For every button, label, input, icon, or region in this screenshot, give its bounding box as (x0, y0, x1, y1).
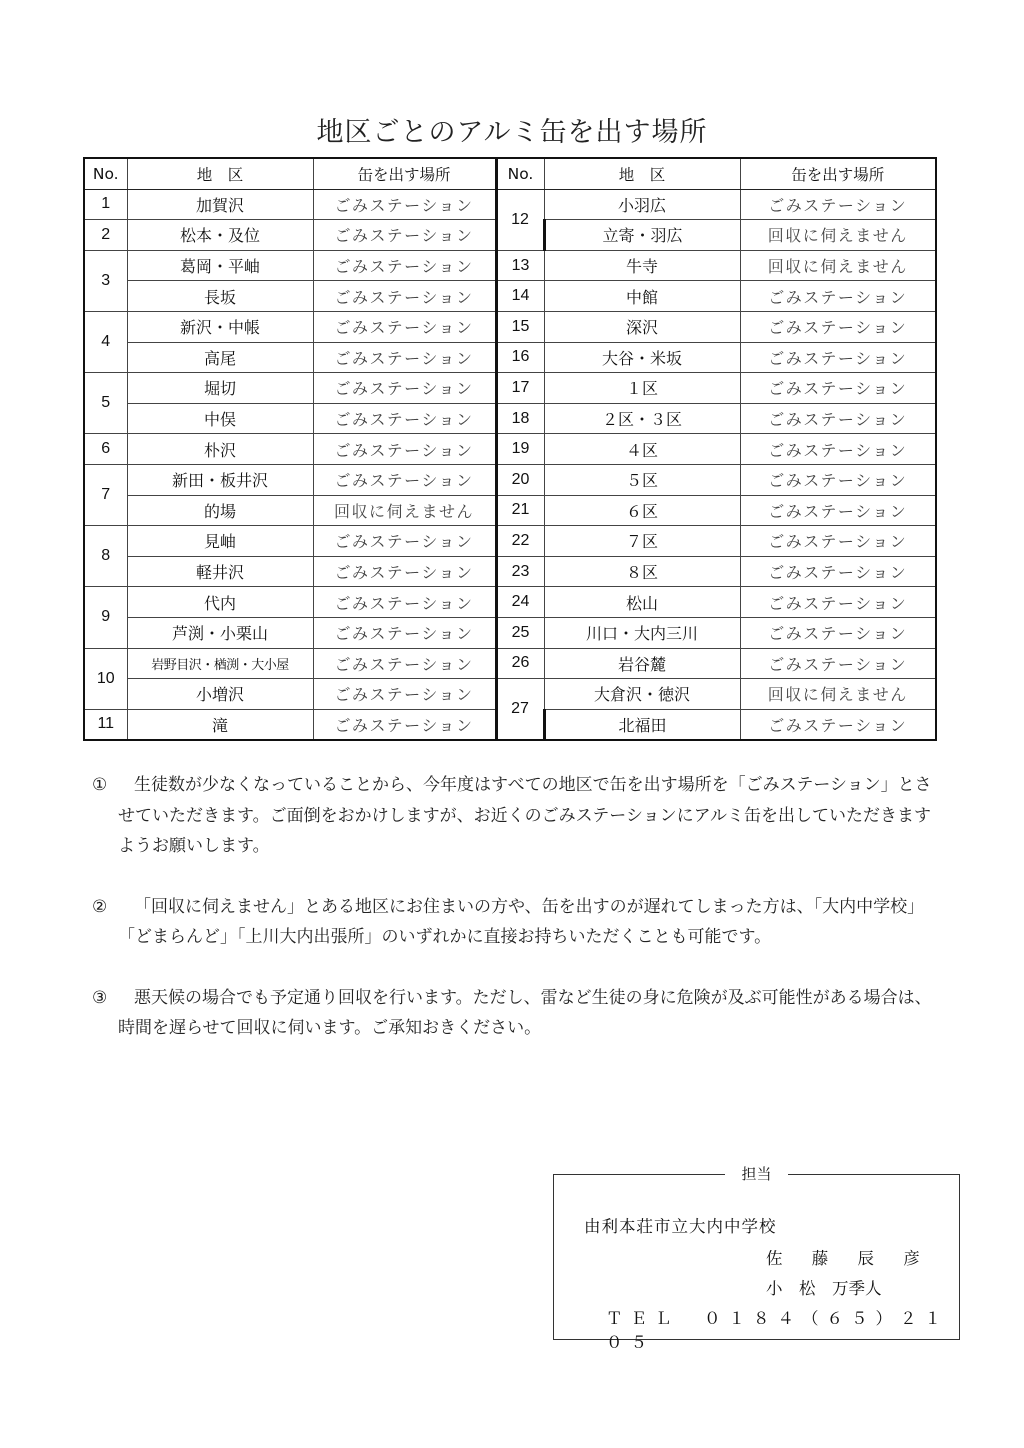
district-name: 深沢 (544, 311, 740, 342)
collection-place: ごみステーション (740, 464, 936, 495)
table-row: 10岩野目沢・楢渕・大小屋ごみステーション26岩谷麓ごみステーション (84, 648, 936, 679)
district-name: 大谷・米坂 (544, 342, 740, 373)
district-name: 代内 (127, 587, 313, 618)
collection-place: ごみステーション (740, 556, 936, 587)
collection-place: ごみステーション (740, 495, 936, 526)
table-row: 中俣ごみステーション18２区・３区ごみステーション (84, 403, 936, 434)
contact-label: 担当 (554, 1163, 959, 1184)
district-name: 高尾 (127, 342, 313, 373)
collection-place: ごみステーション (313, 464, 496, 495)
district-number: 22 (496, 526, 544, 557)
header-area-right: 地 区 (544, 158, 740, 189)
collection-place: ごみステーション (313, 403, 496, 434)
district-name: 川口・大内三川 (544, 617, 740, 648)
district-number: 9 (84, 587, 127, 648)
header-no-left: No. (84, 158, 127, 189)
table-row: 軽井沢ごみステーション23８区ごみステーション (84, 556, 936, 587)
district-number: 27 (496, 679, 544, 741)
collection-place: ごみステーション (740, 587, 936, 618)
collection-place: ごみステーション (313, 709, 496, 740)
notes-section: ① 生徒数が少なくなっていることから、今年度はすべての地区で缶を出す場所を「ごみ… (92, 770, 942, 1074)
district-number: 7 (84, 464, 127, 525)
note-2: ② 「回収に伺えません」とある地区にお住まいの方や、缶を出すのが遅れてしまった方… (92, 892, 942, 953)
collection-place: ごみステーション (313, 434, 496, 465)
district-name: 中俣 (127, 403, 313, 434)
table-row: 芦渕・小栗山ごみステーション25川口・大内三川ごみステーション (84, 617, 936, 648)
table-row: 3葛岡・平岫ごみステーション13牛寺回収に伺えません (84, 250, 936, 281)
district-name: 小羽広 (544, 189, 740, 220)
district-number: 25 (496, 617, 544, 648)
collection-place: 回収に伺えません (740, 679, 936, 710)
header-place-right: 缶を出す場所 (740, 158, 936, 189)
district-name: 朴沢 (127, 434, 313, 465)
note-text: 「回収に伺えません」とある地区にお住まいの方や、缶を出すのが遅れてしまった方は、… (118, 892, 942, 953)
collection-place: 回収に伺えません (313, 495, 496, 526)
collection-place: ごみステーション (313, 281, 496, 312)
district-number: 23 (496, 556, 544, 587)
district-name: 滝 (127, 709, 313, 740)
district-number: 12 (496, 189, 544, 250)
district-name: 新沢・中帳 (127, 311, 313, 342)
collection-place: ごみステーション (740, 403, 936, 434)
table-row: 4新沢・中帳ごみステーション15深沢ごみステーション (84, 311, 936, 342)
contact-label-text: 担当 (725, 1165, 787, 1183)
district-name: 岩野目沢・楢渕・大小屋 (127, 648, 313, 679)
district-name: ４区 (544, 434, 740, 465)
district-name: ７区 (544, 526, 740, 557)
district-name: 小増沢 (127, 679, 313, 710)
district-name: 加賀沢 (127, 189, 313, 220)
header-area-left: 地 区 (127, 158, 313, 189)
district-name: 堀切 (127, 373, 313, 404)
collection-place: ごみステーション (313, 250, 496, 281)
table-row: 5堀切ごみステーション17１区ごみステーション (84, 373, 936, 404)
note-mark: ② (92, 892, 107, 923)
collection-place: ごみステーション (740, 311, 936, 342)
collection-place: ごみステーション (740, 342, 936, 373)
collection-place: ごみステーション (740, 434, 936, 465)
note-text: 悪天候の場合でも予定通り回収を行います。ただし、雷など生徒の身に危険が及ぶ可能性… (118, 983, 942, 1044)
table-row: 8見岫ごみステーション22７区ごみステーション (84, 526, 936, 557)
district-name: 新田・板井沢 (127, 464, 313, 495)
collection-location-table: No. 地 区 缶を出す場所 No. 地 区 缶を出す場所 1加賀沢ごみステーシ… (83, 157, 937, 741)
district-name: ２区・３区 (544, 403, 740, 434)
district-number: 17 (496, 373, 544, 404)
contact-person-1: 佐 藤 辰 彦 (766, 1245, 932, 1269)
table-row: 長坂ごみステーション14中館ごみステーション (84, 281, 936, 312)
collection-place: 回収に伺えません (740, 220, 936, 251)
district-name: 軽井沢 (127, 556, 313, 587)
district-name: 長坂 (127, 281, 313, 312)
collection-place: ごみステーション (740, 526, 936, 557)
note-1: ① 生徒数が少なくなっていることから、今年度はすべての地区で缶を出す場所を「ごみ… (92, 770, 942, 862)
district-name: ６区 (544, 495, 740, 526)
district-number: 11 (84, 709, 127, 740)
district-name: １区 (544, 373, 740, 404)
contact-person-2: 小 松 万季人 (766, 1275, 882, 1299)
district-name: 牛寺 (544, 250, 740, 281)
collection-place: ごみステーション (313, 617, 496, 648)
district-number: 16 (496, 342, 544, 373)
collection-place: ごみステーション (313, 526, 496, 557)
district-number: 4 (84, 311, 127, 372)
district-name: 岩谷麓 (544, 648, 740, 679)
district-name: 立寄・羽広 (544, 220, 740, 251)
district-name: ５区 (544, 464, 740, 495)
collection-place: ごみステーション (740, 648, 936, 679)
district-number: 6 (84, 434, 127, 465)
collection-place: ごみステーション (313, 679, 496, 710)
district-number: 24 (496, 587, 544, 618)
district-number: 3 (84, 250, 127, 311)
collection-place: ごみステーション (313, 556, 496, 587)
table-row: 9代内ごみステーション24松山ごみステーション (84, 587, 936, 618)
district-number: 5 (84, 373, 127, 434)
contact-phone: ＴＥＬ ０１８４（６５）２１０５ (606, 1305, 959, 1353)
district-number: 26 (496, 648, 544, 679)
district-number: 2 (84, 220, 127, 251)
table-row: 的場回収に伺えません21６区ごみステーション (84, 495, 936, 526)
collection-place: 回収に伺えません (740, 250, 936, 281)
collection-place: ごみステーション (313, 587, 496, 618)
district-name: 葛岡・平岫 (127, 250, 313, 281)
district-name: 大倉沢・徳沢 (544, 679, 740, 710)
contact-box: 担当 由利本荘市立大内中学校 佐 藤 辰 彦 小 松 万季人 ＴＥＬ ０１８４（… (553, 1174, 960, 1340)
table-row: 7新田・板井沢ごみステーション20５区ごみステーション (84, 464, 936, 495)
district-number: 1 (84, 189, 127, 220)
note-mark: ③ (92, 983, 107, 1014)
table-row: 6朴沢ごみステーション19４区ごみステーション (84, 434, 936, 465)
district-name: 松山 (544, 587, 740, 618)
table-row: 高尾ごみステーション16大谷・米坂ごみステーション (84, 342, 936, 373)
collection-place: ごみステーション (313, 311, 496, 342)
table-body: 1加賀沢ごみステーション12小羽広ごみステーション2松本・及位ごみステーション立… (84, 189, 936, 740)
collection-place: ごみステーション (740, 281, 936, 312)
district-number: 18 (496, 403, 544, 434)
table-header-row: No. 地 区 缶を出す場所 No. 地 区 缶を出す場所 (84, 158, 936, 189)
note-3: ③ 悪天候の場合でも予定通り回収を行います。ただし、雷など生徒の身に危険が及ぶ可… (92, 983, 942, 1044)
collection-place: ごみステーション (740, 617, 936, 648)
note-mark: ① (92, 770, 107, 801)
table-row: 小増沢ごみステーション27大倉沢・徳沢回収に伺えません (84, 679, 936, 710)
school-name: 由利本荘市立大内中学校 (584, 1213, 777, 1237)
district-number: 10 (84, 648, 127, 709)
collection-place: ごみステーション (313, 373, 496, 404)
district-number: 20 (496, 464, 544, 495)
header-place-left: 缶を出す場所 (313, 158, 496, 189)
collection-place: ごみステーション (313, 189, 496, 220)
district-number: 13 (496, 250, 544, 281)
collection-place: ごみステーション (313, 648, 496, 679)
district-name: 芦渕・小栗山 (127, 617, 313, 648)
collection-place: ごみステーション (740, 709, 936, 740)
district-name: 見岫 (127, 526, 313, 557)
district-name: 北福田 (544, 709, 740, 740)
collection-place: ごみステーション (740, 373, 936, 404)
district-name: ８区 (544, 556, 740, 587)
table-row: 1加賀沢ごみステーション12小羽広ごみステーション (84, 189, 936, 220)
district-number: 8 (84, 526, 127, 587)
note-text: 生徒数が少なくなっていることから、今年度はすべての地区で缶を出す場所を「ごみステ… (118, 770, 942, 862)
collection-place: ごみステーション (740, 189, 936, 220)
collection-place: ごみステーション (313, 220, 496, 251)
district-number: 14 (496, 281, 544, 312)
page-title: 地区ごとのアルミ缶を出す場所 (0, 110, 1024, 149)
header-no-right: No. (496, 158, 544, 189)
district-name: 松本・及位 (127, 220, 313, 251)
district-number: 19 (496, 434, 544, 465)
district-name: 中館 (544, 281, 740, 312)
district-number: 21 (496, 495, 544, 526)
district-number: 15 (496, 311, 544, 342)
collection-place: ごみステーション (313, 342, 496, 373)
district-name: 的場 (127, 495, 313, 526)
